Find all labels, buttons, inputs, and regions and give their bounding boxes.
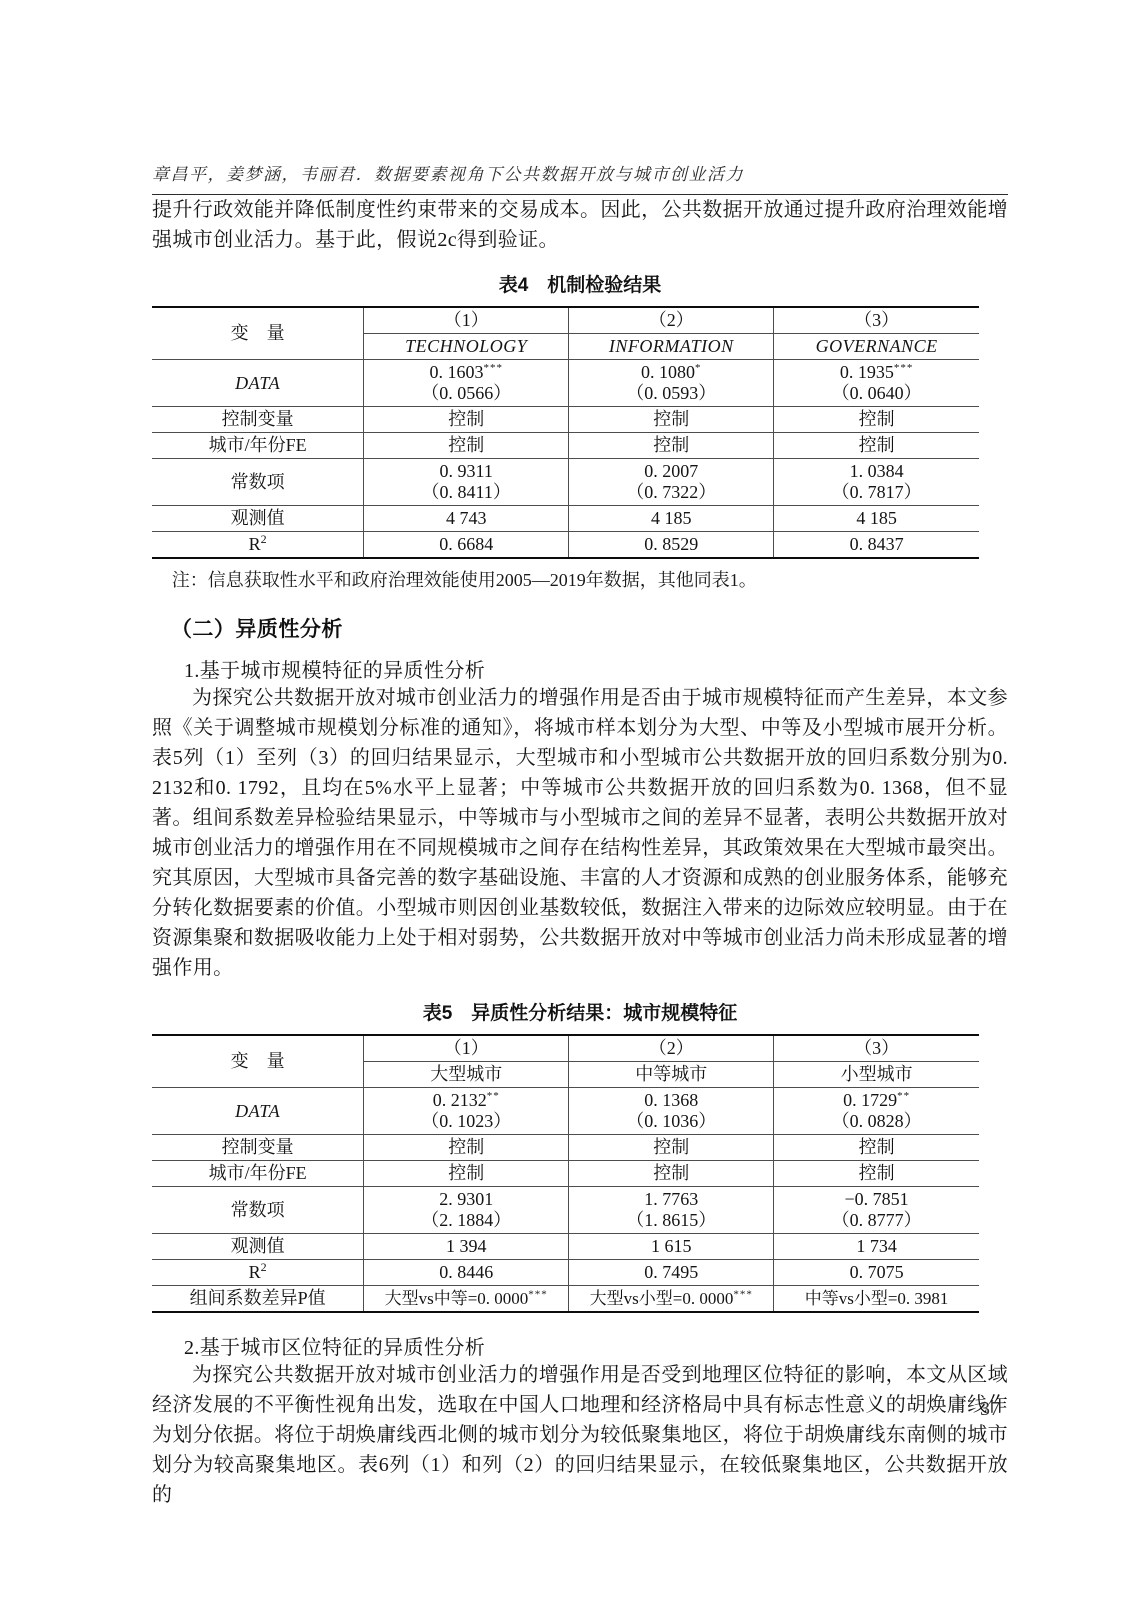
- page-content: 章昌平，姜梦涵，韦丽君．数据要素视角下公共数据开放与城市创业活力 提升行政效能并…: [152, 160, 1008, 1510]
- table-cell: 0. 2007（0. 7322）: [569, 459, 774, 506]
- col-label: 小型城市: [774, 1062, 979, 1088]
- table-cell: 0. 1729**（0. 0828）: [774, 1088, 979, 1135]
- table-cell: 4 185: [569, 506, 774, 532]
- stub-header: 变 量: [152, 1035, 364, 1088]
- paragraph-scale-analysis: 为探究公共数据开放对城市创业活力的增强作用是否由于城市规模特征而产生差异，本文参…: [152, 683, 1008, 983]
- table-cell: 0. 9311（0. 8411）: [364, 459, 569, 506]
- table-cell: 1. 0384（0. 7817）: [774, 459, 979, 506]
- row-label: 控制变量: [152, 1135, 364, 1161]
- table-cell: 0. 1080*（0. 0593）: [569, 360, 774, 407]
- subsection-1-heading: 1.基于城市规模特征的异质性分析: [152, 654, 1008, 683]
- table4-caption: 表4 机制检验结果: [152, 270, 1008, 297]
- table-cell: 控制: [364, 407, 569, 433]
- table-row: R2 0. 8446 0. 7495 0. 7075: [152, 1260, 979, 1286]
- table-cell: 控制: [569, 1161, 774, 1187]
- table-row: 城市/年份FE 控制 控制 控制: [152, 1161, 979, 1187]
- table-row: 控制变量 控制 控制 控制: [152, 407, 979, 433]
- row-label: 城市/年份FE: [152, 433, 364, 459]
- intro-paragraph: 提升行政效能并降低制度性约束带来的交易成本。因此，公共数据开放通过提升政府治理效…: [152, 195, 1008, 255]
- running-head: 章昌平，姜梦涵，韦丽君．数据要素视角下公共数据开放与城市创业活力: [152, 160, 1008, 195]
- col-num: （1）: [364, 1035, 569, 1062]
- stub-header: 变 量: [152, 307, 364, 360]
- row-label: R2: [152, 532, 364, 559]
- col-num: （2）: [569, 1035, 774, 1062]
- table-row: DATA 0. 2132**（0. 1023） 0. 1368（0. 1036）…: [152, 1088, 979, 1135]
- col-num: （3）: [774, 1035, 979, 1062]
- table-cell: 0. 1603***（0. 0566）: [364, 360, 569, 407]
- row-label: DATA: [152, 1088, 364, 1135]
- row-label: R2: [152, 1260, 364, 1286]
- page-number: 37: [980, 1398, 1000, 1421]
- col-num: （2）: [569, 307, 774, 334]
- table-cell: 控制: [364, 1161, 569, 1187]
- table-cell: 0. 7495: [569, 1260, 774, 1286]
- table-row: R2 0. 6684 0. 8529 0. 8437: [152, 532, 979, 559]
- table-cell: 0. 7075: [774, 1260, 979, 1286]
- table5-caption: 表5 异质性分析结果：城市规模特征: [152, 998, 1008, 1025]
- col-label: TECHNOLOGY: [364, 334, 569, 360]
- section-heading: （二）异质性分析: [152, 613, 1008, 643]
- table-cell: 大型vs中等=0. 0000***: [364, 1286, 569, 1313]
- row-label: DATA: [152, 360, 364, 407]
- table-cell: 大型vs小型=0. 0000***: [569, 1286, 774, 1313]
- col-label: INFORMATION: [569, 334, 774, 360]
- col-label: 大型城市: [364, 1062, 569, 1088]
- table-cell: 中等vs小型=0. 3981: [774, 1286, 979, 1313]
- table-header-row: 变 量 （1） （2） （3）: [152, 307, 979, 334]
- table-cell: 2. 9301（2. 1884）: [364, 1187, 569, 1234]
- table-cell: 控制: [364, 433, 569, 459]
- table-cell: 0. 8446: [364, 1260, 569, 1286]
- table-cell: 控制: [774, 1135, 979, 1161]
- col-label: GOVERNANCE: [774, 334, 979, 360]
- table-cell: 控制: [774, 1161, 979, 1187]
- table-cell: 0. 1368（0. 1036）: [569, 1088, 774, 1135]
- table-cell: 0. 6684: [364, 532, 569, 559]
- table-cell: 1 734: [774, 1234, 979, 1260]
- table-cell: 控制: [364, 1135, 569, 1161]
- table4-note: 注：信息获取性水平和政府治理效能使用2005—2019年数据，其他同表1。: [152, 567, 1008, 593]
- table4: 变 量 （1） （2） （3） TECHNOLOGY INFORMATION G…: [152, 306, 979, 559]
- table-cell: 0. 1935***（0. 0640）: [774, 360, 979, 407]
- table5: 变 量 （1） （2） （3） 大型城市 中等城市 小型城市 DATA 0. 2…: [152, 1034, 979, 1313]
- table-row: 观测值 4 743 4 185 4 185: [152, 506, 979, 532]
- table-row: DATA 0. 1603***（0. 0566） 0. 1080*（0. 059…: [152, 360, 979, 407]
- table-row: 城市/年份FE 控制 控制 控制: [152, 433, 979, 459]
- col-num: （3）: [774, 307, 979, 334]
- row-label: 城市/年份FE: [152, 1161, 364, 1187]
- row-label: 控制变量: [152, 407, 364, 433]
- paragraph-location-analysis: 为探究公共数据开放对城市创业活力的增强作用是否受到地理区位特征的影响，本文从区域…: [152, 1360, 1008, 1510]
- table-cell: 4 185: [774, 506, 979, 532]
- table-cell: 1 394: [364, 1234, 569, 1260]
- row-label: 组间系数差异P值: [152, 1286, 364, 1313]
- table-cell: 控制: [774, 433, 979, 459]
- table-header-row: 变 量 （1） （2） （3）: [152, 1035, 979, 1062]
- table-cell: 1. 7763（1. 8615）: [569, 1187, 774, 1234]
- col-label: 中等城市: [569, 1062, 774, 1088]
- row-label: 常数项: [152, 1187, 364, 1234]
- table-cell: 控制: [774, 407, 979, 433]
- table-row: 控制变量 控制 控制 控制: [152, 1135, 979, 1161]
- table-cell: 0. 8437: [774, 532, 979, 559]
- table-cell: 0. 8529: [569, 532, 774, 559]
- row-label: 常数项: [152, 459, 364, 506]
- row-label: 观测值: [152, 506, 364, 532]
- table-row: 组间系数差异P值 大型vs中等=0. 0000*** 大型vs小型=0. 000…: [152, 1286, 979, 1313]
- table-cell: 控制: [569, 433, 774, 459]
- table-cell: 0. 2132**（0. 1023）: [364, 1088, 569, 1135]
- table-row: 常数项 0. 9311（0. 8411） 0. 2007（0. 7322） 1.…: [152, 459, 979, 506]
- col-num: （1）: [364, 307, 569, 334]
- row-label: 观测值: [152, 1234, 364, 1260]
- table-cell: −0. 7851（0. 8777）: [774, 1187, 979, 1234]
- table-row: 常数项 2. 9301（2. 1884） 1. 7763（1. 8615） −0…: [152, 1187, 979, 1234]
- table-cell: 控制: [569, 1135, 774, 1161]
- table-cell: 1 615: [569, 1234, 774, 1260]
- table-cell: 4 743: [364, 506, 569, 532]
- subsection-2-heading: 2.基于城市区位特征的异质性分析: [152, 1331, 1008, 1360]
- table-cell: 控制: [569, 407, 774, 433]
- table-row: 观测值 1 394 1 615 1 734: [152, 1234, 979, 1260]
